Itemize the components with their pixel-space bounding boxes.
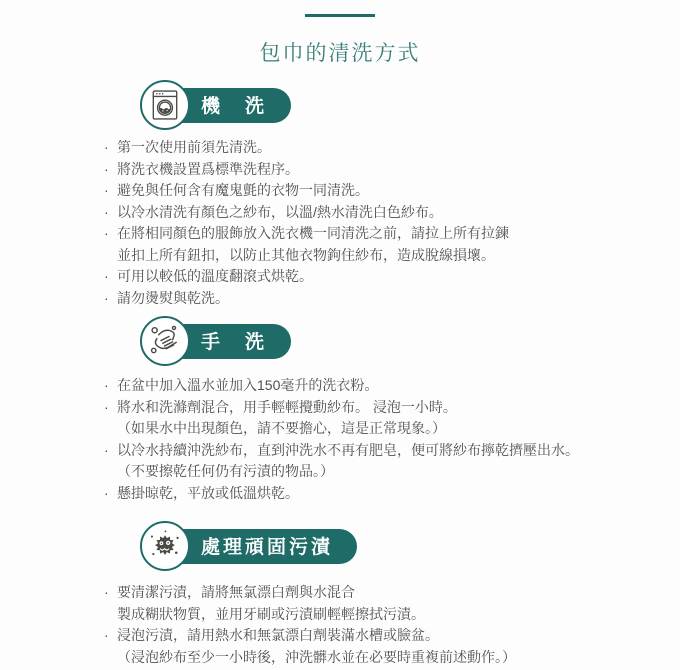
- bullet-dot: ·: [104, 375, 117, 397]
- instruction-text: 可用以較低的溫度翻滾式烘乾。: [117, 266, 313, 288]
- title-divider-line: [305, 14, 375, 17]
- instruction-line: ·要清潔污漬，請將無氯漂白劑與水混合: [104, 582, 680, 604]
- instruction-text: 將水和洗滌劑混合，用手輕輕攪動紗布。 浸泡一小時。: [117, 397, 457, 419]
- hand-wash-instructions: ·在盆中加入溫水並加入150毫升的洗衣粉。·將水和洗滌劑混合，用手輕輕攪動紗布。…: [104, 375, 680, 504]
- instruction-text: 要清潔污漬，請將無氯漂白劑與水混合: [117, 582, 355, 604]
- instruction-text: （浸泡紗布至少一小時後，沖洗髒水並在必要時重複前述動作。）: [117, 647, 516, 669]
- instruction-text: 製成糊狀物質，並用牙刷或污漬刷輕輕擦拭污漬。: [117, 604, 425, 626]
- instruction-line: ·第一次使用前須先清洗。: [104, 137, 680, 159]
- instruction-text: 並扣上所有鈕扣，以防止其他衣物鉤住紗布，造成脫線損壞。: [117, 245, 495, 267]
- instruction-line: ·在將相同顏色的服飾放入洗衣機一同清洗之前，請拉上所有拉鍊: [104, 223, 680, 245]
- hand-wash-icon: [140, 316, 190, 366]
- bullet-dot: ·: [104, 159, 117, 181]
- machine-wash-instructions: ·第一次使用前須先清洗。·將洗衣機設置爲標準洗程序。·避免與任何含有魔鬼氈的衣物…: [104, 137, 680, 309]
- instruction-text: 懸掛晾乾，平放或低溫烘乾。: [117, 483, 299, 505]
- page-title: 包巾的清洗方式: [0, 41, 680, 67]
- stain-germ-icon: [140, 521, 190, 571]
- instruction-line: （不要擦乾任何仍有污漬的物品。）: [104, 461, 680, 483]
- instruction-line: ·將水和洗滌劑混合，用手輕輕攪動紗布。 浸泡一小時。: [104, 397, 680, 419]
- bullet-dot: ·: [104, 266, 117, 288]
- bullet-dot: ·: [104, 223, 117, 245]
- instruction-line: （浸泡紗布至少一小時後，沖洗髒水並在必要時重複前述動作。）: [104, 647, 680, 669]
- instruction-text: 將洗衣機設置爲標準洗程序。: [117, 159, 299, 181]
- section-label-pill: 處理頑固污漬: [165, 529, 357, 564]
- bullet-dot: ·: [104, 483, 117, 505]
- bullet-dot: ·: [104, 440, 117, 462]
- instruction-line: ·可用以較低的溫度翻滾式烘乾。: [104, 266, 680, 288]
- instruction-line: 製成糊狀物質，並用牙刷或污漬刷輕輕擦拭污漬。: [104, 604, 680, 626]
- instruction-line: ·在盆中加入溫水並加入150毫升的洗衣粉。: [104, 375, 680, 397]
- instruction-line: 並扣上所有鈕扣，以防止其他衣物鉤住紗布，造成脫線損壞。: [104, 245, 680, 267]
- instruction-line: ·懸掛晾乾，平放或低溫烘乾。: [104, 483, 680, 505]
- instruction-text: 浸泡污漬，請用熱水和無氯漂白劑裝滿水槽或臉盆。: [117, 625, 439, 647]
- bullet-dot: ·: [104, 582, 117, 604]
- bullet-dot: ·: [104, 202, 117, 224]
- bullet-dot: ·: [104, 180, 117, 202]
- section-header-machine-wash: 機 洗: [140, 80, 680, 130]
- instruction-text: 在盆中加入溫水並加入150毫升的洗衣粉。: [117, 375, 378, 397]
- section-header-stain-treatment: 處理頑固污漬: [140, 521, 680, 571]
- instruction-text: （如果水中出現顏色，請不要擔心，這是正常現象。）: [117, 418, 446, 440]
- instruction-text: （不要擦乾任何仍有污漬的物品。）: [117, 461, 334, 483]
- instruction-line: ·將洗衣機設置爲標準洗程序。: [104, 159, 680, 181]
- bullet-dot: ·: [104, 397, 117, 419]
- instruction-line: ·避免與任何含有魔鬼氈的衣物一同清洗。: [104, 180, 680, 202]
- instruction-line: ·以冷水清洗有顏色之紗布，以溫/熱水清洗白色紗布。: [104, 202, 680, 224]
- instruction-line: （如果水中出現顏色，請不要擔心，這是正常現象。）: [104, 418, 680, 440]
- instruction-text: 避免與任何含有魔鬼氈的衣物一同清洗。: [117, 180, 369, 202]
- stain-treatment-instructions: ·要清潔污漬，請將無氯漂白劑與水混合製成糊狀物質，並用牙刷或污漬刷輕輕擦拭污漬。…: [104, 582, 680, 668]
- bullet-dot: ·: [104, 137, 117, 159]
- instruction-text: 以冷水清洗有顏色之紗布，以溫/熱水清洗白色紗布。: [117, 202, 443, 224]
- instruction-line: ·請勿燙熨與乾洗。: [104, 288, 680, 310]
- care-instructions-page: 包巾的清洗方式 機 洗 ·第一次使用前須先清洗。·將洗衣機設置爲標準洗程序。·避…: [0, 0, 680, 670]
- instruction-line: ·以冷水持續沖洗紗布，直到沖洗水不再有肥皂，便可將紗布擰乾擠壓出水。: [104, 440, 680, 462]
- washing-machine-icon: [140, 80, 190, 130]
- instruction-text: 在將相同顏色的服飾放入洗衣機一同清洗之前，請拉上所有拉鍊: [117, 223, 509, 245]
- section-header-hand-wash: 手 洗: [140, 316, 680, 366]
- instruction-text: 請勿燙熨與乾洗。: [117, 288, 229, 310]
- instruction-line: ·浸泡污漬，請用熱水和無氯漂白劑裝滿水槽或臉盆。: [104, 625, 680, 647]
- bullet-dot: ·: [104, 625, 117, 647]
- bullet-dot: ·: [104, 288, 117, 310]
- instruction-text: 第一次使用前須先清洗。: [117, 137, 271, 159]
- instruction-text: 以冷水持續沖洗紗布，直到沖洗水不再有肥皂，便可將紗布擰乾擠壓出水。: [117, 440, 579, 462]
